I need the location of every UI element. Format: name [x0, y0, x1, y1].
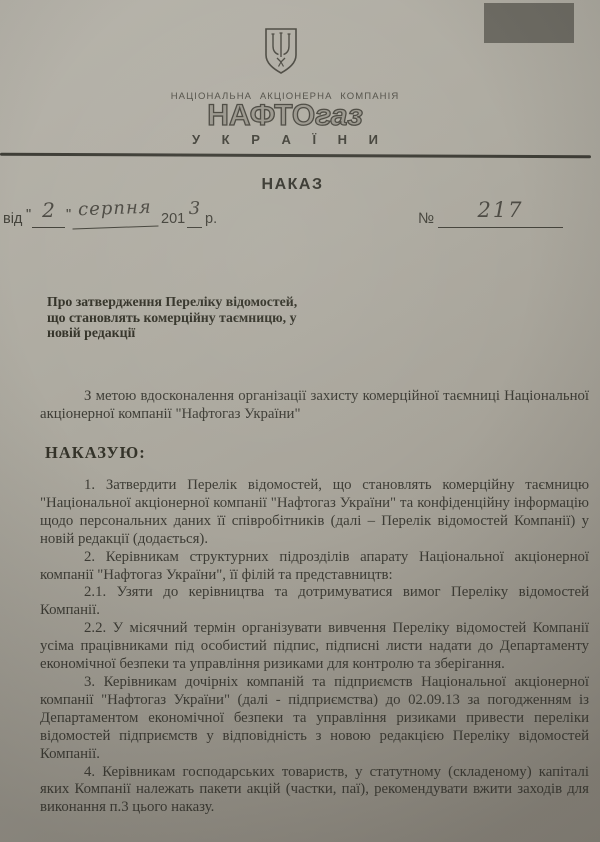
header-divider [0, 153, 591, 158]
date-and-number-row: від " 2 " серпня 201 3 р. № 217 [2, 204, 598, 234]
order-item: 1. Затвердити Перелік відомостей, що ста… [40, 477, 589, 549]
order-body: 1. Затвердити Перелік відомостей, що ста… [40, 477, 589, 817]
logo-word-gaz: газ [315, 99, 363, 132]
date-year-digit-handwritten: 3 [187, 198, 202, 228]
order-item: 2.2. У місячний термін організувати вивч… [40, 620, 589, 674]
subject-paragraph: Про затвердження Переліку відомостей, що… [47, 294, 387, 341]
order-item: 2.1. Узяти до керівництва та дотримувати… [40, 584, 589, 620]
date-day-handwritten: 2 [32, 198, 65, 228]
date-prefix: від [3, 211, 22, 227]
logo-country-line: У К Р А Ї Н И [120, 132, 450, 147]
order-item: 4. Керівникам господарських товариств, у… [40, 764, 589, 818]
trident-emblem-icon [263, 27, 299, 80]
naftogaz-logo: НАФТОгаз [120, 99, 450, 133]
date-year-suffix: р. [205, 211, 217, 227]
document-scan: НАЦІОНАЛЬНА АКЦІОНЕРНА КОМПАНІЯ НАФТОгаз… [0, 0, 600, 842]
document-title: НАКАЗ [0, 176, 585, 194]
subject-line: Про затвердження Переліку відомостей, [47, 294, 387, 310]
order-number-handwritten: 217 [438, 198, 563, 228]
subject-line: що становлять комерційну таємницю, у [47, 310, 387, 326]
order-number-label: № [418, 210, 434, 227]
order-item: 3. Керівникам дочірніх компаній та підпр… [40, 674, 589, 764]
logo-word-nafto: НАФТО [207, 99, 315, 132]
date-open-quote: " [26, 207, 31, 223]
preamble-paragraph: З метою вдосконалення організації захист… [40, 388, 589, 423]
date-year-printed: 201 [161, 211, 185, 227]
date-close-quote: " [66, 207, 71, 223]
date-month-handwritten: серпня [72, 197, 159, 230]
subject-line: новій редакції [47, 325, 387, 341]
decree-word: НАКАЗУЮ: [45, 443, 146, 463]
redaction-box [484, 3, 574, 43]
order-item: 2. Керівникам структурних підрозділів ап… [40, 549, 589, 585]
